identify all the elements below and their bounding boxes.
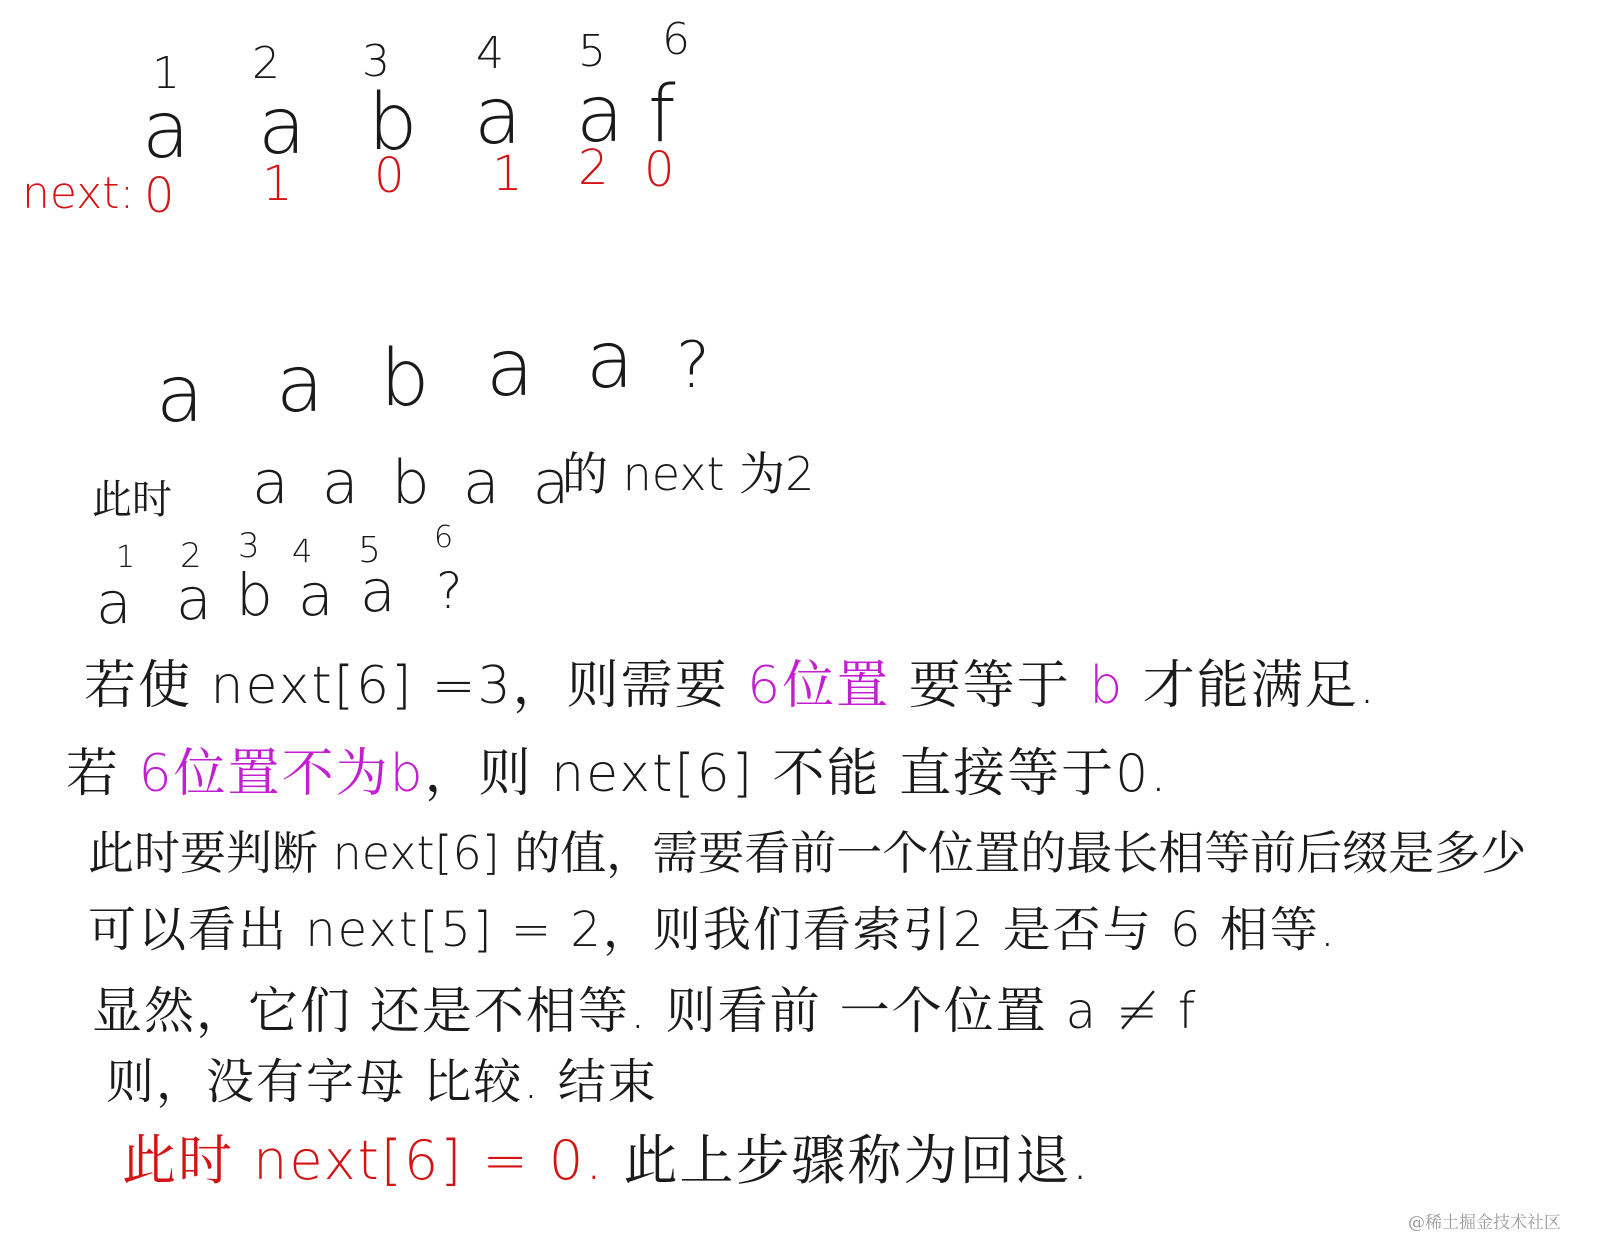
next-value: 1 (262, 160, 293, 208)
next-value: 0 (144, 172, 175, 220)
conclusion-text: 此上步骤称为回退. (604, 1129, 1090, 1192)
pattern-letter: a (360, 562, 396, 620)
explanation-line-5: 显然，它们 还是不相等. 则看前 一个位置 a ≠ f (92, 986, 1197, 1036)
pattern-letter: a (276, 346, 324, 424)
explanation-line-4: 可以看出 next[5] = 2，则我们看索引2 是否与 6 相等. (88, 906, 1337, 954)
note-prefix: 此时 (92, 468, 172, 525)
pattern-letter: b (236, 566, 273, 624)
text: 若 (66, 744, 139, 804)
explanation-line-1: 若使 next[6] =3，则需要 6位置 要等于 b 才能满足. (84, 660, 1377, 712)
pattern-letter: a (176, 570, 212, 628)
text: 若使 next[6] =3，则需要 (84, 656, 747, 716)
pattern-letter: b (380, 340, 430, 418)
explanation-line-6: 则，没有字母 比较. 结束 (106, 1058, 658, 1106)
question-mark: ? (436, 566, 463, 616)
watermark: @稀土掘金技术社区 (1408, 1208, 1561, 1233)
index-label: 2 (252, 42, 280, 86)
pattern-letter: a (96, 574, 132, 632)
next-value: 2 (578, 144, 609, 192)
highlight-b: b (1089, 656, 1124, 716)
next-value: 1 (492, 150, 523, 198)
conclusion-highlight: 此时 next[6] = 0. (122, 1129, 604, 1192)
index-label: 4 (476, 32, 504, 76)
pattern-letter: a (142, 92, 190, 170)
index-label: 6 (434, 520, 453, 555)
explanation-line-3: 此时要判断 next[6] 的值，需要看前一个位置的最长相等前后缀是多少 (88, 830, 1526, 876)
pattern-letter: a (486, 330, 534, 408)
note-suffix: 的 next 为2 (562, 438, 814, 504)
pattern-letter: a (258, 88, 306, 166)
question-mark: ? (676, 334, 710, 398)
text: ，则 next[6] 不能 直接等于0. (425, 744, 1169, 804)
index-label: 3 (238, 526, 260, 566)
pattern-letter: a (156, 356, 204, 434)
pattern-letter: a (586, 322, 634, 400)
index-label: 6 (662, 18, 690, 62)
pattern-letter: a (474, 78, 522, 156)
next-label: next: (22, 172, 134, 216)
text: 才能满足. (1124, 656, 1377, 716)
explanation-line-7: 此时 next[6] = 0. 此上步骤称为回退. (122, 1134, 1091, 1188)
note-letters: a a b a a (252, 448, 569, 518)
pattern-letter: a (298, 566, 334, 624)
explanation-line-2: 若 6位置不为b，则 next[6] 不能 直接等于0. (66, 748, 1169, 800)
highlight-condition: 6位置不为b (139, 744, 425, 804)
index-label: 5 (578, 30, 606, 74)
next-value: 0 (374, 152, 405, 200)
next-value: 0 (644, 146, 675, 194)
text: 要等于 (890, 656, 1089, 716)
highlight-position-6: 6位置 (747, 656, 890, 716)
